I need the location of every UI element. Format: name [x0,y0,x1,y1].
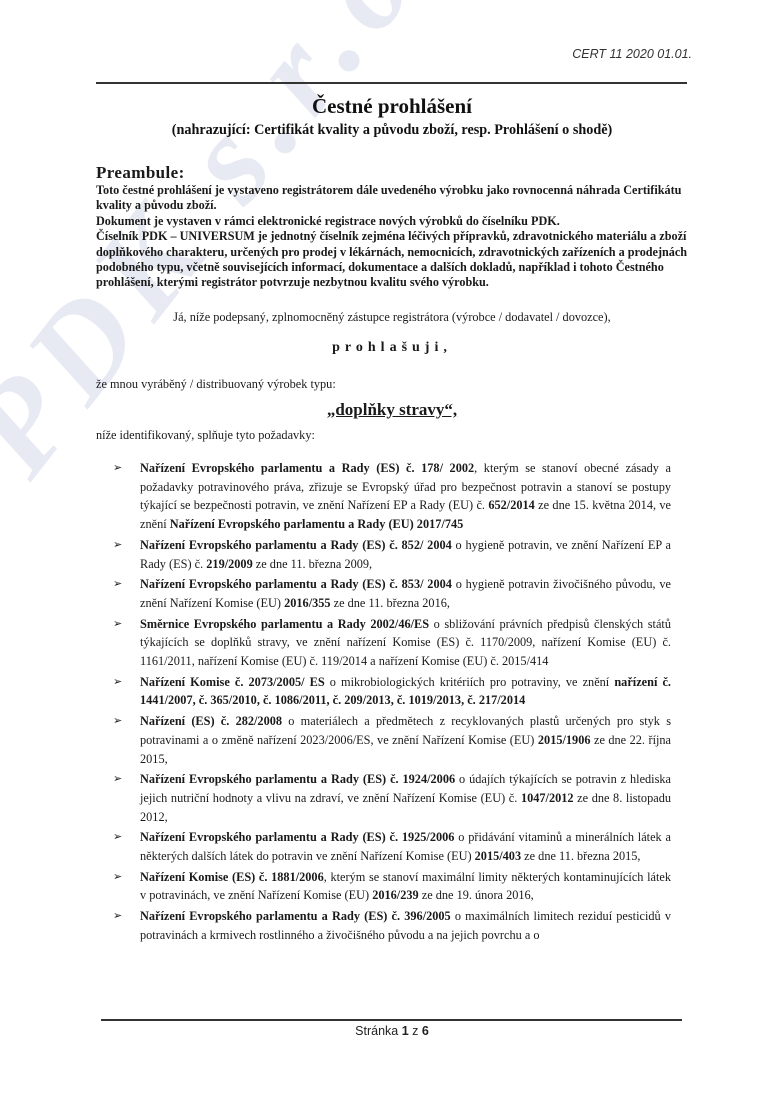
arrowhead-bullet-icon: ➢ [113,615,122,634]
regulation-reference: 1047/2012 [521,791,574,805]
page-separator: z [412,1024,418,1038]
requirement-text: ze dne 11. března 2009, [253,557,372,571]
preamble-paragraph: Dokument je vystaven v rámci elektronick… [96,214,696,229]
regulation-reference: 2015/1906 [538,733,591,747]
document-title: Čestné prohlášení [0,94,784,119]
requirement-text: ze dne 11. března 2016, [331,596,450,610]
requirement-text: o mikrobiologických kritériích pro potra… [325,675,615,689]
preamble-heading: Preambule: [96,163,696,183]
regulation-reference: Nařízení Evropského parlamentu a Rady (E… [140,772,455,786]
regulation-reference: Nařízení (ES) č. 282/2008 [140,714,282,728]
regulation-reference: 2016/239 [372,888,418,902]
page-current: 1 [402,1024,409,1038]
cert-code: CERT 11 2020 01.01. [572,47,692,61]
requirement-item: ➢Nařízení Evropského parlamentu a Rady (… [113,828,671,865]
regulation-reference: Nařízení Evropského parlamentu a Rady (E… [140,461,474,475]
preamble-section: Preambule: Toto čestné prohlášení je vys… [96,163,696,291]
regulation-reference: 2015/403 [475,849,521,863]
arrowhead-bullet-icon: ➢ [113,673,122,692]
regulation-reference: Nařízení Evropského parlamentu a Rady (E… [140,909,451,923]
preamble-paragraph: Číselník PDK – UNIVERSUM je jednotný čís… [96,229,696,291]
regulation-reference: 652/2014 [488,498,534,512]
footer-divider [101,1019,682,1021]
arrowhead-bullet-icon: ➢ [113,575,122,594]
requirement-item: ➢Nařízení Komise č. 2073/2005/ ES o mikr… [113,673,671,710]
arrowhead-bullet-icon: ➢ [113,868,122,887]
regulation-reference: Směrnice Evropského parlamentu a Rady 20… [140,617,429,631]
requirements-list: ➢Nařízení Evropského parlamentu a Rady (… [113,459,671,947]
header-divider [96,82,687,84]
declaration-intro: Já, níže podepsaný, zplnomocněný zástupc… [0,310,784,325]
regulation-reference: Nařízení Evropského parlamentu a Rady (E… [140,538,452,552]
document-page: CERT 11 2020 01.01. Čestné prohlášení (n… [0,0,784,1104]
requirement-text: ze dne 19. února 2016, [419,888,534,902]
requirement-text: ze dne 11. března 2015, [521,849,640,863]
regulation-reference: Nařízení Evropského parlamentu a Rady (E… [140,830,454,844]
document-subtitle: (nahrazující: Certifikát kvality a původ… [0,122,784,139]
declaration-verb: prohlašuji, [0,340,784,356]
regulation-reference: Nařízení Evropského parlamentu a Rady (E… [140,577,452,591]
requirement-item: ➢Směrnice Evropského parlamentu a Rady 2… [113,615,671,671]
arrowhead-bullet-icon: ➢ [113,712,122,731]
arrowhead-bullet-icon: ➢ [113,770,122,789]
arrowhead-bullet-icon: ➢ [113,907,122,926]
requirement-item: ➢Nařízení Evropského parlamentu a Rady (… [113,770,671,826]
requirement-item: ➢Nařízení Evropského parlamentu a Rady (… [113,459,671,534]
requirement-item: ➢Nařízení (ES) č. 282/2008 o materiálech… [113,712,671,768]
requirement-item: ➢Nařízení Evropského parlamentu a Rady (… [113,575,671,612]
requirement-item: ➢Nařízení Evropského parlamentu a Rady (… [113,907,671,944]
page-total: 6 [422,1024,429,1038]
requirement-item: ➢Nařízení Komise (ES) č. 1881/2006, kter… [113,868,671,905]
regulation-reference: 2016/355 [284,596,330,610]
regulation-reference: Nařízení Komise (ES) č. 1881/2006 [140,870,324,884]
product-type: „doplňky stravy“, [0,400,784,420]
regulation-reference: Nařízení Komise č. 2073/2005/ ES [140,675,325,689]
regulation-reference: 219/2009 [206,557,252,571]
preamble-paragraph: Toto čestné prohlášení je vystaveno regi… [96,183,696,214]
arrowhead-bullet-icon: ➢ [113,536,122,555]
page-number: Stránka 1 z 6 [0,1024,784,1038]
arrowhead-bullet-icon: ➢ [113,459,122,478]
requirements-label: níže identifikovaný, splňuje tyto požada… [96,428,315,443]
product-type-label: že mnou vyráběný / distribuovaný výrobek… [96,377,336,392]
regulation-reference: Nařízení Evropského parlamentu a Rady (E… [170,517,464,531]
requirement-item: ➢Nařízení Evropského parlamentu a Rady (… [113,536,671,573]
arrowhead-bullet-icon: ➢ [113,828,122,847]
page-label: Stránka [355,1024,398,1038]
